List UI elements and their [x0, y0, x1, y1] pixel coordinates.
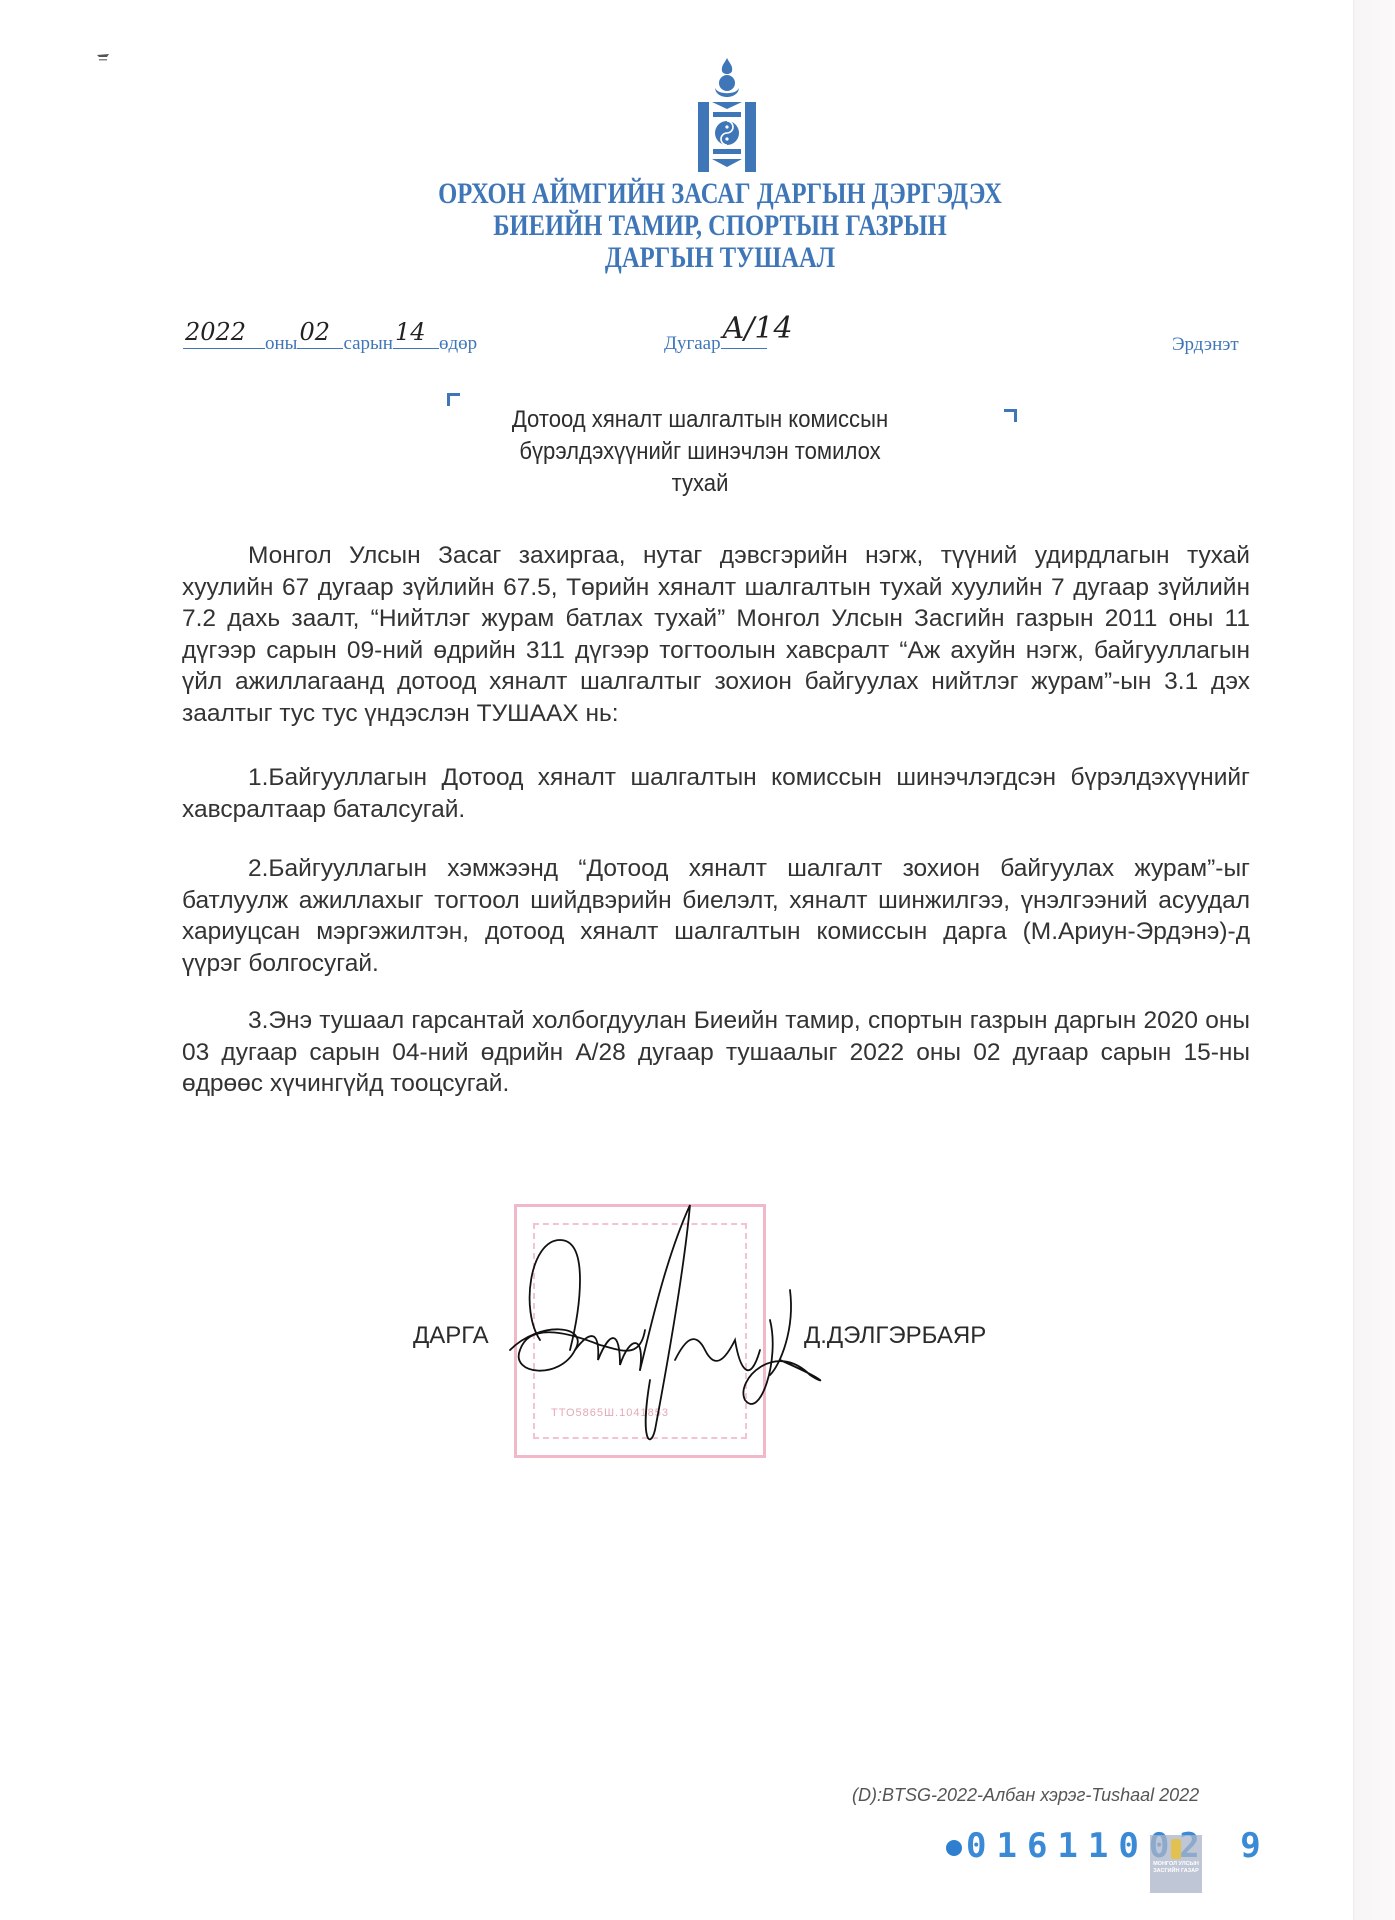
org-header-line-1: ОРХОН АЙМГИЙН ЗАСАГ ДАРГЫН ДЭРГЭДЭХ — [376, 178, 1065, 210]
city-label: Эрдэнэт — [1172, 334, 1239, 356]
government-watermark: МОНГОЛ УЛСЫН ЗАСГИЙН ГАЗАР — [1150, 1835, 1202, 1893]
day-suffix: өдөр — [439, 333, 477, 354]
order-number-blank: A/14 — [721, 326, 767, 349]
subject-line-2: бүрэлдэхүүнийг шинэчлэн томилох — [442, 436, 957, 468]
order-item-1: 1.Байгууллагын Дотоод хяналт шалгалтын к… — [182, 762, 1250, 825]
month-suffix: сарын — [343, 333, 393, 354]
day-blank: 14 — [393, 326, 439, 349]
month-handwritten: 02 — [299, 318, 330, 346]
organization-header: ОРХОН АЙМГИЙН ЗАСАГ ДАРГЫН ДЭРГЭДЭХ БИЕИ… — [376, 178, 1065, 274]
soyombo-emblem-icon — [696, 58, 758, 174]
soyombo-watermark-icon — [1171, 1839, 1181, 1859]
year-suffix: оны — [265, 333, 297, 354]
preamble-paragraph: Монгол Улсын Засаг захиргаа, нутаг дэвсг… — [182, 540, 1250, 729]
document-page: ОРХОН АЙМГИЙН ЗАСАГ ДАРГЫН ДЭРГЭДЭХ БИЕИ… — [0, 0, 1395, 1920]
year-handwritten: 2022 — [185, 318, 246, 346]
signatory-title: ДАРГА — [413, 1322, 489, 1350]
order-number-label: Дугаар — [664, 333, 721, 354]
day-handwritten: 14 — [395, 318, 426, 346]
serial-number-stamp: 01611002 9 — [946, 1826, 1271, 1866]
order-body: Монгол Улсын Засаг захиргаа, нутаг дэвсг… — [182, 540, 1250, 1100]
watermark-line-1: МОНГОЛ УЛСЫН — [1150, 1861, 1202, 1868]
org-header-line-3: ДАРГЫН ТУШААЛ — [376, 242, 1065, 274]
order-number-handwritten: A/14 — [723, 311, 793, 346]
serial-dot-icon — [946, 1840, 962, 1856]
date-field: 2022оны02сарын14өдөр — [183, 326, 477, 355]
org-header-line-2: БИЕИЙН ТАМИР, СПОРТЫН ГАЗРЫН — [376, 210, 1065, 242]
order-number-field: ДугаарA/14 — [664, 326, 767, 355]
file-path-reference: (D):BTSG-2022-Албан хэрэг-Tushaal 2022 — [852, 1785, 1199, 1806]
subject-line-3: тухай — [442, 468, 957, 500]
order-item-2: 2.Байгууллагын хэмжээнд “Дотоод хяналт ш… — [182, 853, 1250, 979]
serial-number: 01611002 9 — [966, 1826, 1271, 1866]
scan-mark-icon — [96, 52, 110, 62]
order-subject: Дотоод хяналт шалгалтын комиссын бүрэлдэ… — [442, 404, 957, 500]
watermark-line-2: ЗАСГИЙН ГАЗАР — [1150, 1868, 1202, 1875]
month-blank: 02 — [297, 326, 343, 349]
subject-bracket-right — [1004, 409, 1017, 422]
subject-line-1: Дотоод хяналт шалгалтын комиссын — [442, 404, 957, 436]
handwritten-signature-icon — [480, 1200, 860, 1460]
order-item-3: 3.Энэ тушаал гарсантай холбогдуулан Биеи… — [182, 1005, 1250, 1100]
year-blank: 2022 — [183, 326, 265, 349]
scan-edge — [1353, 0, 1395, 1920]
